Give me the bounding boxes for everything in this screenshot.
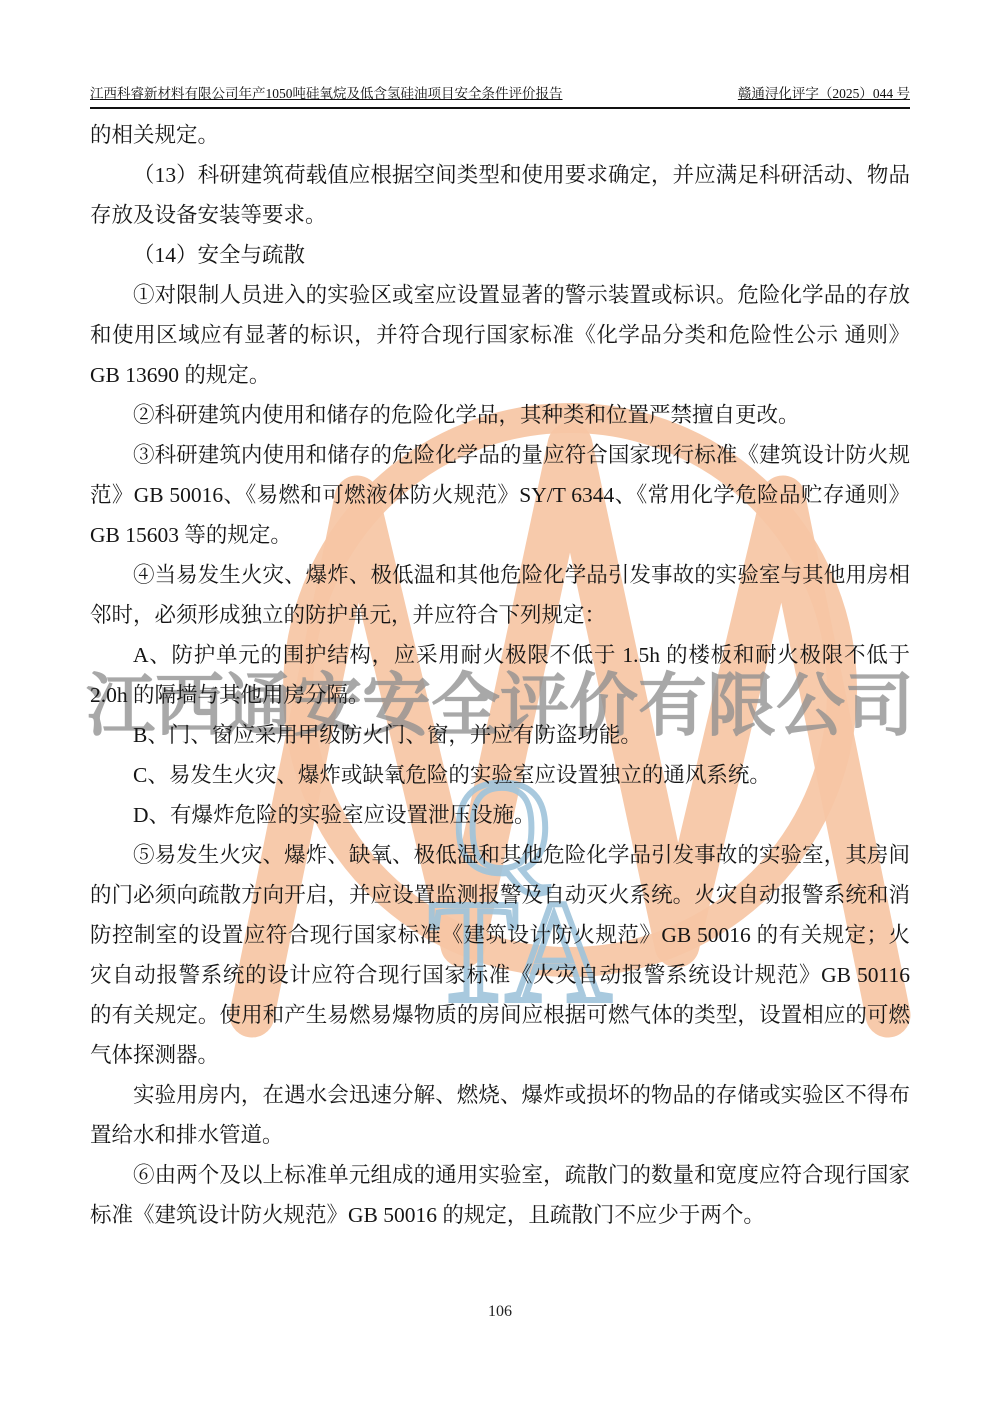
paragraph: C、易发生火灾、爆炸或缺氧危险的实验室应设置独立的通风系统。 [90,755,910,795]
paragraph: ④当易发生火灾、爆炸、极低温和其他危险化学品引发事故的实验室与其他用房相邻时，必… [90,555,910,635]
paragraph: ③科研建筑内使用和储存的危险化学品的量应符合国家现行标准《建筑设计防火规范》GB… [90,435,910,555]
header-report-title: 江西科睿新材料有限公司年产1050吨硅氧烷及低含氢硅油项目安全条件评价报告 [90,82,563,102]
paragraph: （13）科研建筑荷载值应根据空间类型和使用要求确定，并应满足科研活动、物品存放及… [90,155,910,235]
paragraph: B、门、窗应采用甲级防火门、窗，并应有防盗功能。 [90,715,910,755]
page-content: 江西科睿新材料有限公司年产1050吨硅氧烷及低含氢硅油项目安全条件评价报告 赣通… [0,0,1000,1235]
paragraph: ⑥由两个及以上标准单元组成的通用实验室，疏散门的数量和宽度应符合现行国家标准《建… [90,1155,910,1235]
paragraph: ①对限制人员进入的实验区或室应设置显著的警示装置或标识。危险化学品的存放和使用区… [90,275,910,395]
paragraph: 的相关规定。 [90,115,910,155]
paragraph: ②科研建筑内使用和储存的危险化学品，其种类和位置严禁擅自更改。 [90,395,910,435]
paragraph: ⑤易发生火灾、爆炸、缺氧、极低温和其他危险化学品引发事故的实验室，其房间的门必须… [90,835,910,1075]
document-page: Q TA 江西通安安全评价有限公司 江西科睿新材料有限公司年产1050吨硅氧烷及… [0,0,1000,1414]
page-header: 江西科睿新材料有限公司年产1050吨硅氧烷及低含氢硅油项目安全条件评价报告 赣通… [90,82,910,109]
paragraph: A、防护单元的围护结构，应采用耐火极限不低于 1.5h 的楼板和耐火极限不低于 … [90,635,910,715]
paragraph: 实验用房内，在遇水会迅速分解、燃烧、爆炸或损坏的物品的存储或实验区不得布置给水和… [90,1075,910,1155]
paragraph: （14）安全与疏散 [90,235,910,275]
page-number: 106 [0,1303,1000,1321]
body-text: 的相关规定。 （13）科研建筑荷载值应根据空间类型和使用要求确定，并应满足科研活… [90,115,910,1235]
paragraph: D、有爆炸危险的实验室应设置泄压设施。 [90,795,910,835]
header-document-number: 赣通浔化评字（2025）044 号 [738,82,910,102]
